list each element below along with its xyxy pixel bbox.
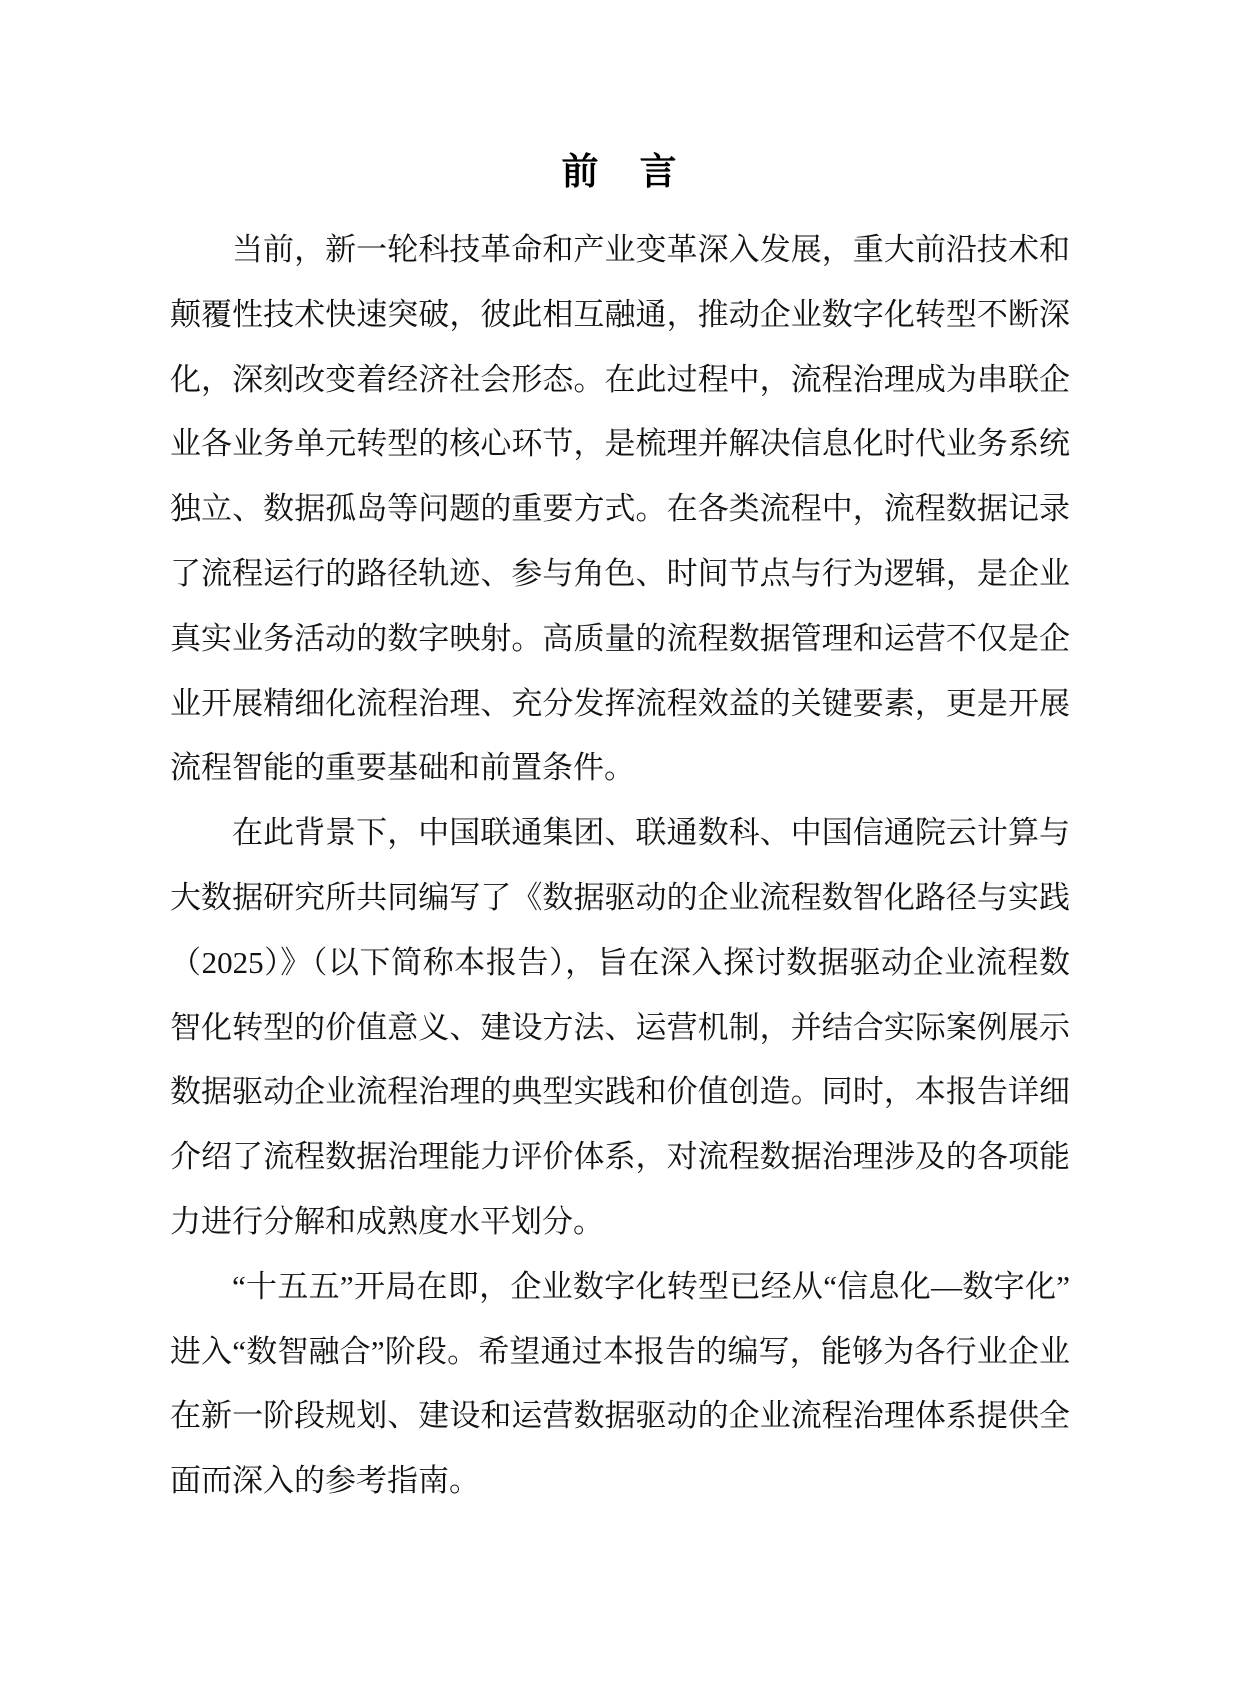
document-page: 前 言 当前，新一轮科技革命和产业变革深入发展，重大前沿技术和颠覆性技术快速突破… bbox=[0, 0, 1240, 1683]
page-content: 前 言 当前，新一轮科技革命和产业变革深入发展，重大前沿技术和颠覆性技术快速突破… bbox=[170, 0, 1070, 1514]
page-title: 前 言 bbox=[170, 150, 1070, 196]
paragraph-2: 在此背景下，中国联通集团、联通数科、中国信通院云计算与大数据研究所共同编写了《数… bbox=[170, 801, 1070, 1255]
paragraph-1: 当前，新一轮科技革命和产业变革深入发展，重大前沿技术和颠覆性技术快速突破，彼此相… bbox=[170, 218, 1070, 801]
paragraph-3: “十五五”开局在即，企业数字化转型已经从“信息化—数字化”进入“数智融合”阶段。… bbox=[170, 1255, 1070, 1514]
